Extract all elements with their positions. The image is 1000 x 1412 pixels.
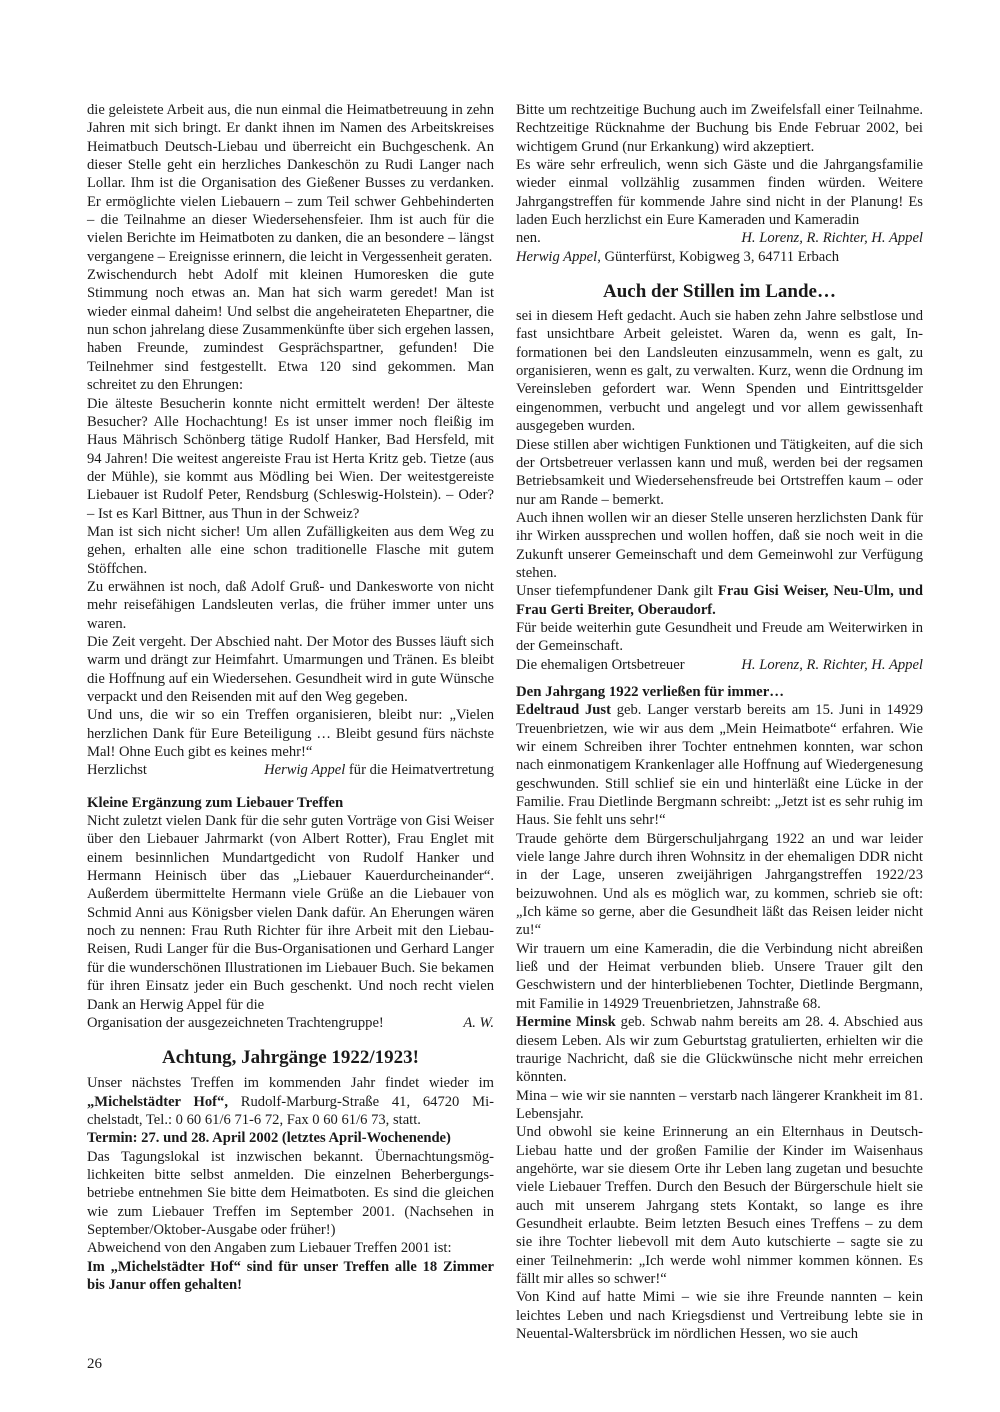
jahrgang-p1-text: geb. Langer verstarb bereits am 15. Juni…	[516, 702, 923, 828]
intro-paragraph-3: Die älteste Besucherin konnte nicht ermi…	[87, 395, 494, 523]
signature-author-name: Herwig Appel	[264, 762, 345, 778]
supplement-last-text: Organisation der ausgezeichneten Trachte…	[87, 1014, 384, 1032]
supplement-initials: A. W.	[463, 1014, 494, 1032]
achtung-paragraph-4: Im „Michelstädter Hof“ sind für unser Tr…	[87, 1258, 494, 1295]
jahrgang-paragraph-4: Hermine Minsk geb. Schwab nahm bereits a…	[516, 1013, 923, 1086]
contact-name: Herwig Appel	[516, 249, 597, 265]
stillen-paragraph-1: sei in diesem Heft gedacht. Auch sie hab…	[516, 307, 923, 435]
stillen-heading: Auch der Stillen im Lande…	[516, 280, 923, 304]
supplement-last-line: Organisation der ausgezeichneten Trachte…	[87, 1014, 494, 1032]
stillen-signature-names: H. Lorenz, R. Richter, H. Appel	[741, 656, 923, 674]
stillen-signature: Die ehemaligen Ortsbetreuer H. Lorenz, R…	[516, 656, 923, 674]
jahrgang-paragraph-2: Traude gehörte dem Bürgerschuljahrgang 1…	[516, 830, 923, 940]
intro-paragraph-1: die geleistete Arbeit aus, die nun einma…	[87, 101, 494, 266]
stillen-p4-start: Unser tiefempfundener Dank gilt	[516, 583, 718, 599]
jahrgang-paragraph-6: Und obwohl sie keine Erinnerung an ein E…	[516, 1123, 923, 1288]
stillen-paragraph-4: Unser tiefempfundener Dank gilt Frau Gis…	[516, 582, 923, 619]
achtung-p1-start: Unser nächstes Treffen im kommenden Jahr…	[87, 1075, 494, 1091]
jahrgang-paragraph-1: Edeltraud Just geb. Langer verstarb bere…	[516, 701, 923, 829]
signature-author: Herwig Appel für die Heimatvertretung	[264, 761, 494, 779]
booking-paragraph-1: Bitte um rechtzeitige Buchung auch im Zw…	[516, 101, 923, 156]
jahrgang-paragraph-3: Wir trauern um eine Kameradin, die die V…	[516, 940, 923, 1013]
booking-signature: nen. H. Lorenz, R. Richter, H. Appel	[516, 229, 923, 247]
booking-signature-names: H. Lorenz, R. Richter, H. Appel	[741, 229, 923, 247]
intro-paragraph-7: Und uns, die wir so ein Treffen organisi…	[87, 706, 494, 761]
intro-signature: Herzlichst Herwig Appel für die Heimatve…	[87, 761, 494, 779]
intro-paragraph-2: Zwischendurch hebt Adolf mit kleinen Hum…	[87, 266, 494, 394]
signature-greeting: Herzlichst	[87, 761, 147, 779]
stillen-paragraph-5: Für beide weiterhin gute Gesundheit und …	[516, 619, 923, 656]
achtung-heading: Achtung, Jahrgänge 1922/1923!	[87, 1046, 494, 1070]
supplement-heading: Kleine Ergänzung zum Liebauer Treffen	[87, 794, 494, 812]
jahrgang-paragraph-7: Von Kind auf hatte Mimi – wie sie ihre F…	[516, 1288, 923, 1343]
intro-paragraph-4: Man ist sich nicht sicher! Um allen Zufä…	[87, 523, 494, 578]
jahrgang-heading: Den Jahrgang 1922 verließen für immer…	[516, 683, 923, 701]
signature-author-role: für die Heimatvertretung	[345, 762, 494, 778]
hotel-name: „Michelstädter Hof“,	[87, 1094, 228, 1110]
achtung-paragraph-2: Das Tagungslokal ist inzwischen bekannt.…	[87, 1148, 494, 1240]
stillen-paragraph-2: Diese stillen aber wichtigen Funktionen …	[516, 436, 923, 509]
stillen-paragraph-3: Auch ihnen wollen wir an dieser Stelle u…	[516, 509, 923, 582]
deceased-name-2: Hermine Minsk	[516, 1014, 616, 1030]
right-column: Bitte um rechtzeitige Buchung auch im Zw…	[516, 101, 923, 1343]
stillen-signature-left: Die ehemaligen Ortsbetreuer	[516, 656, 685, 674]
intro-paragraph-6: Die Zeit vergeht. Der Abschied naht. Der…	[87, 633, 494, 706]
supplement-body: Nicht zuletzt vielen Dank für die sehr g…	[87, 812, 494, 1014]
contact-line: Herwig Appel, Günterfürst, Kobigweg 3, 6…	[516, 248, 923, 266]
achtung-paragraph-1: Unser nächstes Treffen im kommenden Jahr…	[87, 1074, 494, 1129]
booking-paragraph-2: Es wäre sehr erfreulich, wenn sich Gäste…	[516, 156, 923, 229]
contact-address: , Günterfürst, Kobigweg 3, 64711 Erbach	[597, 249, 839, 265]
achtung-paragraph-3: Abweichend von den Angaben zum Liebauer …	[87, 1239, 494, 1257]
intro-paragraph-5: Zu erwähnen ist noch, daß Adolf Gruß- un…	[87, 578, 494, 633]
jahrgang-paragraph-5: Mina – wie wir sie nannten – verstarb na…	[516, 1087, 923, 1124]
deceased-name-1: Edeltraud Just	[516, 702, 611, 718]
booking-p2-last: nen.	[516, 229, 541, 247]
termin-line: Termin: 27. und 28. April 2002 (letztes …	[87, 1129, 494, 1147]
left-column: die geleistete Arbeit aus, die nun einma…	[87, 101, 494, 1294]
page-number: 26	[87, 1356, 102, 1373]
